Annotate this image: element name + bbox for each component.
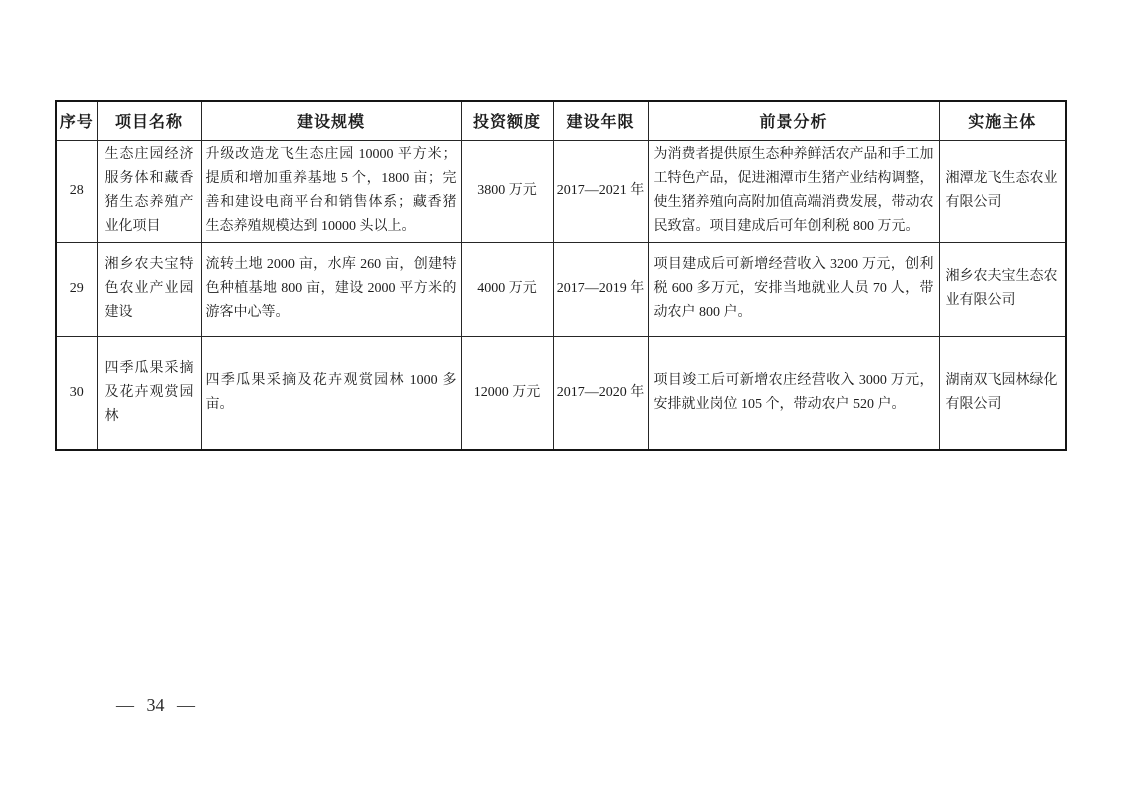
cell-seq-no: 29 [56,242,97,336]
projects-table: 序号 项目名称 建设规模 投资额度 建设年限 前景分析 实施主体 28 生态庄园… [55,100,1067,451]
header-construction-period: 建设年限 [553,101,648,140]
table-row: 29 湘乡农夫宝特色农业产业园建设 流转土地 2000 亩，水库 260 亩，创… [56,242,1066,336]
cell-prospect-analysis: 项目建成后可新增经营收入 3200 万元，创利税 600 多万元，安排当地就业人… [648,242,939,336]
cell-construction-period: 2017—2021 年 [553,140,648,242]
header-prospect-analysis: 前景分析 [648,101,939,140]
document-page: 序号 项目名称 建设规模 投资额度 建设年限 前景分析 实施主体 28 生态庄园… [0,0,1122,793]
cell-investment-amount: 12000 万元 [461,336,553,450]
cell-prospect-analysis: 项目竣工后可新增农庄经营收入 3000 万元，安排就业岗位 105 个，带动农户… [648,336,939,450]
cell-investment-amount: 3800 万元 [461,140,553,242]
cell-construction-scale: 流转土地 2000 亩，水库 260 亩，创建特色种植基地 800 亩，建设 2… [201,242,461,336]
cell-project-name: 湘乡农夫宝特色农业产业园建设 [97,242,201,336]
table-row: 30 四季瓜果采摘及花卉观赏园林 四季瓜果采摘及花卉观赏园林 1000 多亩。 … [56,336,1066,450]
header-seq-no: 序号 [56,101,97,140]
header-implementing-entity: 实施主体 [939,101,1066,140]
header-investment-amount: 投资额度 [461,101,553,140]
page-number: — 34 — [116,695,195,716]
header-project-name: 项目名称 [97,101,201,140]
cell-construction-scale: 升级改造龙飞生态庄园 10000 平方米；提质和增加重养基地 5 个，1800 … [201,140,461,242]
cell-seq-no: 30 [56,336,97,450]
cell-investment-amount: 4000 万元 [461,242,553,336]
cell-implementing-entity: 湘乡农夫宝生态农业有限公司 [939,242,1066,336]
cell-project-name: 生态庄园经济服务体和藏香猪生态养殖产业化项目 [97,140,201,242]
cell-seq-no: 28 [56,140,97,242]
cell-implementing-entity: 湘潭龙飞生态农业有限公司 [939,140,1066,242]
table-header-row: 序号 项目名称 建设规模 投资额度 建设年限 前景分析 实施主体 [56,101,1066,140]
cell-construction-scale: 四季瓜果采摘及花卉观赏园林 1000 多亩。 [201,336,461,450]
cell-construction-period: 2017—2020 年 [553,336,648,450]
cell-construction-period: 2017—2019 年 [553,242,648,336]
cell-prospect-analysis: 为消费者提供原生态种养鲜活农产品和手工加工特色产品，促进湘潭市生猪产业结构调整，… [648,140,939,242]
table-row: 28 生态庄园经济服务体和藏香猪生态养殖产业化项目 升级改造龙飞生态庄园 100… [56,140,1066,242]
cell-implementing-entity: 湖南双飞园林绿化有限公司 [939,336,1066,450]
header-construction-scale: 建设规模 [201,101,461,140]
cell-project-name: 四季瓜果采摘及花卉观赏园林 [97,336,201,450]
